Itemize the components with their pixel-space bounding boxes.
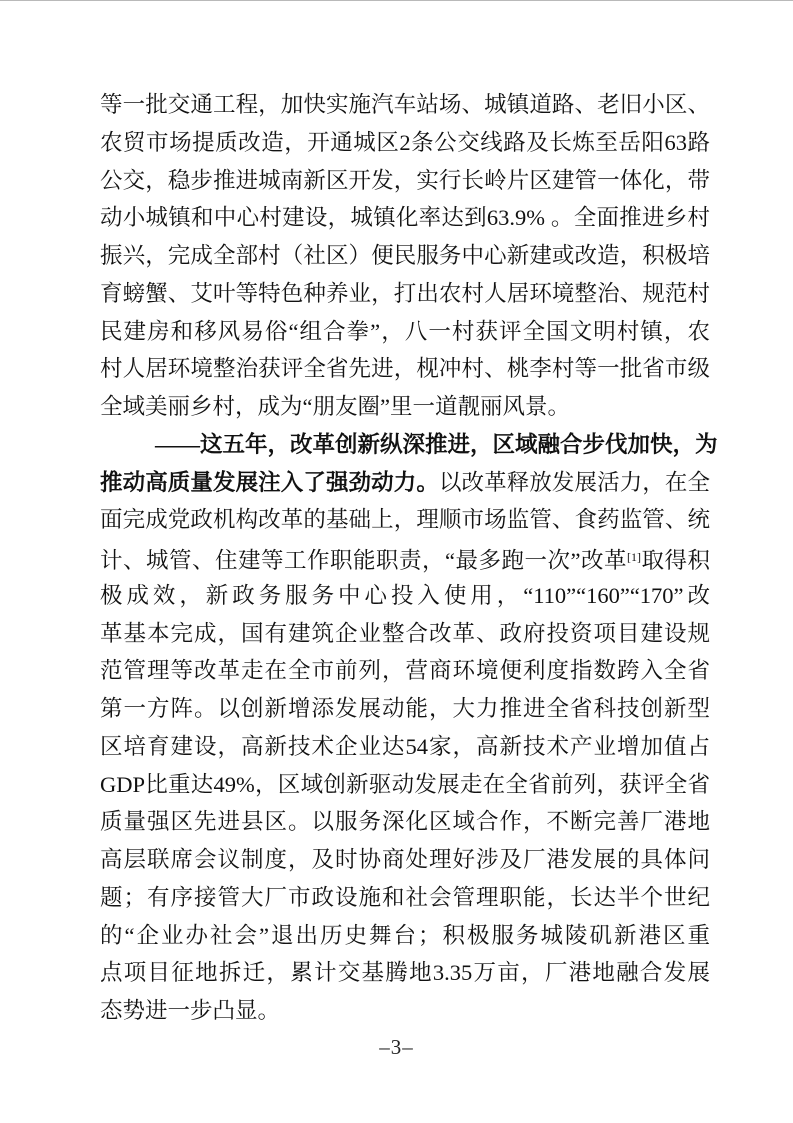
text-segment: 的“企业办社会”退出历史舞台；积极服务城陵矶新港区重 [100, 923, 710, 948]
page-number: –3– [0, 1035, 793, 1060]
text-line: 点项目征地拆迁，累计交基腾地3.35万亩，厂港地融合发展 [100, 954, 710, 992]
text-segment: 育螃蟹、艾叶等特色种养业，打出农村人居环境整治、规范村 [100, 281, 710, 306]
text-segment: 革基本完成，国有建筑企业整合改革、政府投资项目建设规 [100, 621, 710, 646]
document-body: 等一批交通工程，加快实施汽车站场、城镇道路、老旧小区、农贸市场提质改造，开通城区… [100, 86, 710, 1030]
document-page: 等一批交通工程，加快实施汽车站场、城镇道路、老旧小区、农贸市场提质改造，开通城区… [0, 0, 793, 1123]
text-segment: 村人居环境整治获评全省先进，枧冲村、桃李村等一批省市级 [100, 356, 710, 381]
text-segment: 推动高质量发展注入了强劲动力。 [100, 470, 439, 495]
text-segment: 以改革释放发展活力，在全 [439, 470, 710, 495]
text-line: 质量强区先进县区。以服务深化区域合作，不断完善厂港地 [100, 803, 710, 841]
text-line: 区培育建设，高新技术企业达54家，高新技术产业增加值占 [100, 728, 710, 766]
text-segment: 区培育建设，高新技术企业达54家，高新技术产业增加值占 [100, 734, 710, 759]
text-segment: 质量强区先进县区。以服务深化区域合作，不断完善厂港地 [100, 809, 710, 834]
text-segment: ——这五年，改革创新纵深推进，区域融合步伐加快，为 [155, 432, 718, 457]
text-line: 民建房和移风易俗“组合拳”，八一村获评全国文明村镇，农 [100, 313, 710, 351]
footnote-marker: [1] [627, 550, 641, 564]
text-segment: 全域美丽乡村，成为“朋友圈”里一道靓丽风景。 [100, 394, 570, 419]
text-segment: 公交，稳步推进城南新区开发，实行长岭片区建管一体化，带 [100, 168, 710, 193]
text-segment: 题；有序接管大厂市政设施和社会管理职能，长达半个世纪 [100, 885, 710, 910]
text-line: 第一方阵。以创新增添发展动能，大力推进全省科技创新型 [100, 690, 710, 728]
text-line: 振兴，完成全部村（社区）便民服务中心新建或改造，积极培 [100, 237, 710, 275]
text-line: 动小城镇和中心村建设，城镇化率达到63.9% 。全面推进乡村 [100, 199, 710, 237]
text-line: 计、城管、住建等工作职能职责，“最多跑一次”改革[1]取得积 [100, 539, 710, 577]
text-segment: 动小城镇和中心村建设，城镇化率达到63.9% 。全面推进乡村 [100, 205, 710, 230]
text-line: 极成效，新政务服务中心投入使用，“110”“160”“170”改 [100, 577, 710, 615]
text-line: 态势进一步凸显。 [100, 992, 710, 1030]
text-segment: 农贸市场提质改造，开通城区2条公交线路及长炼至岳阳63路 [100, 130, 710, 155]
text-segment: 态势进一步凸显。 [100, 998, 280, 1023]
text-line: 公交，稳步推进城南新区开发，实行长岭片区建管一体化，带 [100, 162, 710, 200]
text-segment: 振兴，完成全部村（社区）便民服务中心新建或改造，积极培 [100, 243, 710, 268]
text-line: 育螃蟹、艾叶等特色种养业，打出农村人居环境整治、规范村 [100, 275, 710, 313]
text-segment: 第一方阵。以创新增添发展动能，大力推进全省科技创新型 [100, 696, 710, 721]
text-line: 的“企业办社会”退出历史舞台；积极服务城陵矶新港区重 [100, 917, 710, 955]
text-line: 村人居环境整治获评全省先进，枧冲村、桃李村等一批省市级 [100, 350, 710, 388]
text-line: 范管理等改革走在全市前列，营商环境便利度指数跨入全省 [100, 652, 710, 690]
text-segment: 面完成党政机构改革的基础上，理顺市场监管、食药监管、统 [100, 507, 710, 532]
text-segment: 取得积 [641, 548, 710, 573]
text-line: 农贸市场提质改造，开通城区2条公交线路及长炼至岳阳63路 [100, 124, 710, 162]
text-segment: 极成效，新政务服务中心投入使用，“110”“160”“170”改 [100, 583, 710, 608]
text-line: 高层联席会议制度，及时协商处理好涉及厂港发展的具体问 [100, 841, 710, 879]
text-segment: 等一批交通工程，加快实施汽车站场、城镇道路、老旧小区、 [100, 92, 710, 117]
text-line: ——这五年，改革创新纵深推进，区域融合步伐加快，为 [100, 426, 710, 464]
text-line: GDP比重达49%，区域创新驱动发展走在全省前列，获评全省 [100, 766, 710, 804]
text-segment: 高层联席会议制度，及时协商处理好涉及厂港发展的具体问 [100, 847, 710, 872]
text-line: 题；有序接管大厂市政设施和社会管理职能，长达半个世纪 [100, 879, 710, 917]
text-line: 推动高质量发展注入了强劲动力。以改革释放发展活力，在全 [100, 464, 710, 502]
text-line: 革基本完成，国有建筑企业整合改革、政府投资项目建设规 [100, 615, 710, 653]
text-line: 面完成党政机构改革的基础上，理顺市场监管、食药监管、统 [100, 501, 710, 539]
text-line: 等一批交通工程，加快实施汽车站场、城镇道路、老旧小区、 [100, 86, 710, 124]
text-segment: 民建房和移风易俗“组合拳”，八一村获评全国文明村镇，农 [100, 319, 710, 344]
text-segment: 点项目征地拆迁，累计交基腾地3.35万亩，厂港地融合发展 [100, 960, 710, 985]
text-segment: GDP比重达49%，区域创新驱动发展走在全省前列，获评全省 [100, 772, 710, 797]
text-segment: 范管理等改革走在全市前列，营商环境便利度指数跨入全省 [100, 658, 710, 683]
text-segment: 计、城管、住建等工作职能职责，“最多跑一次”改革 [100, 548, 627, 573]
text-line: 全域美丽乡村，成为“朋友圈”里一道靓丽风景。 [100, 388, 710, 426]
